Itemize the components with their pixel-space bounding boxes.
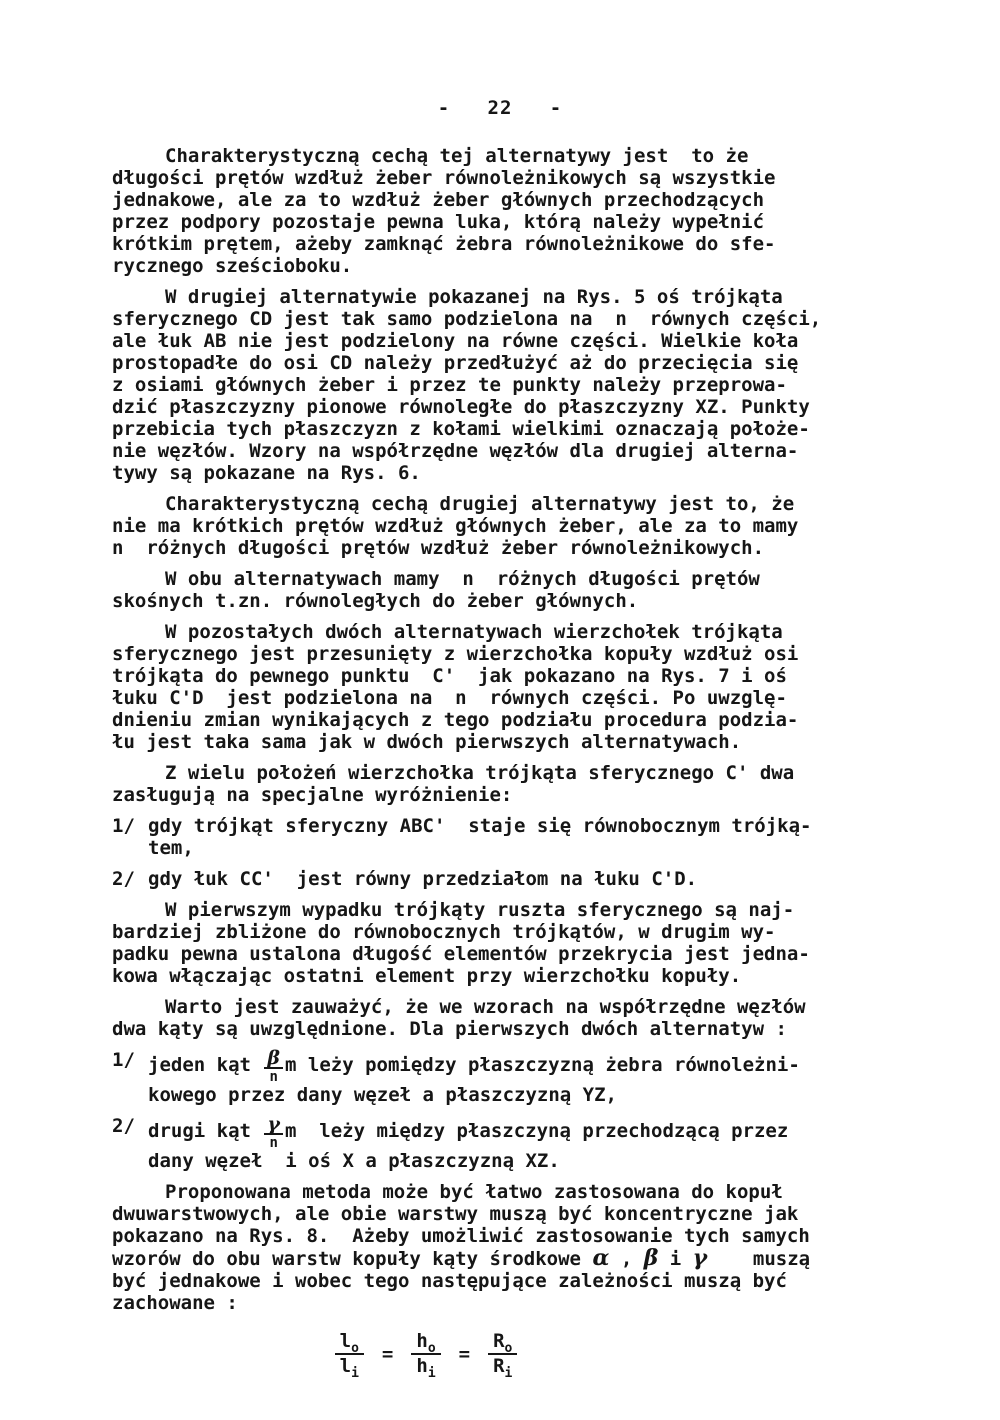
symbol-subscript: o bbox=[351, 1341, 359, 1356]
ratio-formula: lo li = ho hi = Ro Ri bbox=[112, 1332, 740, 1376]
paragraph-9: Proponowana metoda może być łatwo zastos… bbox=[112, 1181, 910, 1314]
text-segment: wzorów do obu warstw kopuły kąty środkow… bbox=[112, 1248, 592, 1270]
text-line: krótkim prętem, ażeby zamknąć żebra równ… bbox=[112, 233, 910, 255]
text-line: Proponowana metoda może być łatwo zastos… bbox=[112, 1181, 910, 1203]
text-line: nie ma krótkich prętów wzdłuż głównych ż… bbox=[112, 515, 910, 537]
text-line-with-fraction: drugi kąt γnm leży między płaszczyną prz… bbox=[148, 1115, 910, 1150]
formula-fraction-l: lo li bbox=[335, 1332, 364, 1376]
symbol-subscript: i bbox=[505, 1366, 513, 1381]
text-line: być jednakowe i wobec tego następujące z… bbox=[112, 1270, 910, 1292]
beta-symbol: β bbox=[644, 1245, 659, 1271]
text-line: W pierwszym wypadku trójkąty ruszta sfer… bbox=[112, 899, 910, 921]
fraction-denominator: n bbox=[264, 1135, 283, 1150]
paragraph-3: Charakterystyczną cechą drugiej alternat… bbox=[112, 493, 910, 559]
text-line: dnieniu zmian wynikających z tego podzia… bbox=[112, 709, 910, 731]
text-segment: i bbox=[658, 1248, 692, 1270]
fraction-numerator: lo bbox=[335, 1332, 364, 1355]
list-item-2: 2/ gdy łuk CC' jest równy przedziałom na… bbox=[112, 868, 910, 890]
text-line: dany węzeł i oś X a płaszczyzną XZ. bbox=[148, 1150, 910, 1172]
text-line: n różnych długości prętów wzdłuż żeber r… bbox=[112, 537, 910, 559]
symbol-subscript: i bbox=[428, 1366, 436, 1381]
symbol-base: h bbox=[416, 1330, 427, 1352]
list-marker: 2/ bbox=[112, 868, 148, 890]
symbol-base: h bbox=[416, 1355, 427, 1377]
text-line: zachowane : bbox=[112, 1292, 910, 1314]
text-line: zasługują na specjalne wyróżnienie: bbox=[112, 784, 910, 806]
fraction-numerator-gamma: γ bbox=[264, 1115, 283, 1135]
fraction-numerator-beta: β bbox=[264, 1049, 283, 1069]
list-item-body: jeden kąt βnm leży pomiędzy płaszczyzną … bbox=[148, 1049, 910, 1106]
text-line: pokazano na Rys. 8. Ażeby umożliwić zast… bbox=[112, 1225, 910, 1247]
symbol-base: R bbox=[493, 1355, 504, 1377]
paragraph-5: W pozostałych dwóch alternatywach wierzc… bbox=[112, 621, 910, 753]
text-line: gdy trójkąt sferyczny ABC' staje się rów… bbox=[148, 815, 910, 837]
text-line: łuku C'D jest podzielona na n równych cz… bbox=[112, 687, 910, 709]
text-line: padku pewna ustalona długość elementów p… bbox=[112, 943, 910, 965]
paragraph-2: W drugiej alternatywie pokazanej na Rys.… bbox=[112, 286, 910, 484]
text-segment: muszą bbox=[707, 1248, 810, 1270]
text-segment: jeden kąt bbox=[148, 1054, 262, 1076]
text-line: kowego przez dany węzeł a płaszczyzną YZ… bbox=[148, 1084, 910, 1106]
angle-list-item-2: 2/ drugi kąt γnm leży między płaszczyną … bbox=[112, 1115, 910, 1172]
paragraph-8: Warto jest zauważyć, że we wzorach na ws… bbox=[112, 996, 910, 1040]
page-number: - 22 - bbox=[0, 0, 1000, 119]
formula-fraction-h: ho hi bbox=[411, 1332, 440, 1376]
list-item-body: gdy trójkąt sferyczny ABC' staje się rów… bbox=[148, 815, 910, 859]
text-line: dwa kąty są uwzględnione. Dla pierwszych… bbox=[112, 1018, 910, 1040]
document-body: Charakterystyczną cechą tej alternatywy … bbox=[112, 145, 910, 1376]
paragraph-1: Charakterystyczną cechą tej alternatywy … bbox=[112, 145, 910, 277]
paragraph-6: Z wielu położeń wierzchołka trójkąta sfe… bbox=[112, 762, 910, 806]
text-line: łu jest taka sama jak w dwóch pierwszych… bbox=[112, 731, 910, 753]
list-item-body: gdy łuk CC' jest równy przedziałom na łu… bbox=[148, 868, 910, 890]
fraction-numerator: Ro bbox=[488, 1332, 517, 1355]
text-line: tem, bbox=[148, 837, 910, 859]
equals-sign: = bbox=[459, 1343, 470, 1365]
text-line: dwuwarstwowych, ale obie warstwy muszą b… bbox=[112, 1203, 910, 1225]
text-line: jednakowe, ale za to wzdłuż żeber główny… bbox=[112, 189, 910, 211]
text-line: rycznego sześcioboku. bbox=[112, 255, 910, 277]
angle-list-item-1: 1/ jeden kąt βnm leży pomiędzy płaszczyz… bbox=[112, 1049, 910, 1106]
alpha-symbol: α bbox=[592, 1245, 609, 1271]
symbol-subscript: o bbox=[505, 1341, 513, 1356]
angle-fraction: βn bbox=[264, 1049, 283, 1084]
symbol-subscript: o bbox=[428, 1341, 436, 1356]
fraction-numerator: ho bbox=[411, 1332, 440, 1355]
list-marker: 1/ bbox=[112, 1049, 148, 1106]
text-line: W obu alternatywach mamy n różnych długo… bbox=[112, 568, 910, 590]
text-line: Charakterystyczną cechą tej alternatywy … bbox=[112, 145, 910, 167]
text-segment: leży pomiędzy płaszczyzną żebra równoleż… bbox=[296, 1054, 799, 1076]
text-line: ale łuk AB nie jest podzielony na równe … bbox=[112, 330, 910, 352]
paragraph-7: W pierwszym wypadku trójkąty ruszta sfer… bbox=[112, 899, 910, 987]
fraction-denominator: hi bbox=[411, 1355, 440, 1376]
text-line-with-greek: wzorów do obu warstw kopuły kąty środkow… bbox=[112, 1247, 910, 1270]
fraction-multiplier: m bbox=[285, 1120, 296, 1142]
list-marker: 2/ bbox=[112, 1115, 148, 1172]
document-page: - 22 - Charakterystyczną cechą tej alter… bbox=[0, 0, 1000, 1420]
gamma-symbol: γ bbox=[693, 1245, 708, 1271]
text-line: kowa włączając ostatni element przy wier… bbox=[112, 965, 910, 987]
text-line: dzić płaszczyzny pionowe równoległe do p… bbox=[112, 396, 910, 418]
fraction-denominator: n bbox=[264, 1069, 283, 1084]
text-segment: , bbox=[609, 1248, 643, 1270]
text-line-with-fraction: jeden kąt βnm leży pomiędzy płaszczyzną … bbox=[148, 1049, 910, 1084]
text-line: prostopadłe do osi CD należy przedłużyć … bbox=[112, 352, 910, 374]
fraction-multiplier: m bbox=[285, 1054, 296, 1076]
text-line: skośnych t.zn. równoległych do żeber głó… bbox=[112, 590, 910, 612]
fraction-denominator: li bbox=[335, 1355, 364, 1376]
symbol-base: l bbox=[340, 1330, 351, 1352]
text-line: trójkąta do pewnego punktu C' jak pokaza… bbox=[112, 665, 910, 687]
symbol-base: R bbox=[493, 1330, 504, 1352]
text-line: przez podpory pozostaje pewna luka, któr… bbox=[112, 211, 910, 233]
fraction-denominator: Ri bbox=[488, 1355, 517, 1376]
text-line: sferycznego jest przesunięty z wierzchoł… bbox=[112, 643, 910, 665]
text-line: Warto jest zauważyć, że we wzorach na ws… bbox=[112, 996, 910, 1018]
text-line: W pozostałych dwóch alternatywach wierzc… bbox=[112, 621, 910, 643]
paragraph-4: W obu alternatywach mamy n różnych długo… bbox=[112, 568, 910, 612]
text-line: z osiami głównych żeber i przez te punkt… bbox=[112, 374, 910, 396]
list-item-body: drugi kąt γnm leży między płaszczyną prz… bbox=[148, 1115, 910, 1172]
text-line: gdy łuk CC' jest równy przedziałom na łu… bbox=[148, 868, 910, 890]
symbol-base: l bbox=[340, 1355, 351, 1377]
text-line: przebicia tych płaszczyzn z kołami wielk… bbox=[112, 418, 910, 440]
equals-sign: = bbox=[382, 1343, 393, 1365]
text-segment: drugi kąt bbox=[148, 1120, 262, 1142]
text-line: sferycznego CD jest tak samo podzielona … bbox=[112, 308, 910, 330]
text-line: Z wielu położeń wierzchołka trójkąta sfe… bbox=[112, 762, 910, 784]
text-line: długości prętów wzdłuż żeber równoleżnik… bbox=[112, 167, 910, 189]
text-line: W drugiej alternatywie pokazanej na Rys.… bbox=[112, 286, 910, 308]
text-segment: leży między płaszczyną przechodzącą prze… bbox=[296, 1120, 788, 1142]
text-line: tywy są pokazane na Rys. 6. bbox=[112, 462, 910, 484]
symbol-subscript: i bbox=[351, 1366, 359, 1381]
text-line: Charakterystyczną cechą drugiej alternat… bbox=[112, 493, 910, 515]
list-item-1: 1/ gdy trójkąt sferyczny ABC' staje się … bbox=[112, 815, 910, 859]
angle-fraction: γn bbox=[264, 1115, 283, 1150]
text-line: nie węzłów. Wzory na współrzędne węzłów … bbox=[112, 440, 910, 462]
list-marker: 1/ bbox=[112, 815, 148, 859]
text-line: bardziej zbliżone do równobocznych trójk… bbox=[112, 921, 910, 943]
formula-fraction-R: Ro Ri bbox=[488, 1332, 517, 1376]
